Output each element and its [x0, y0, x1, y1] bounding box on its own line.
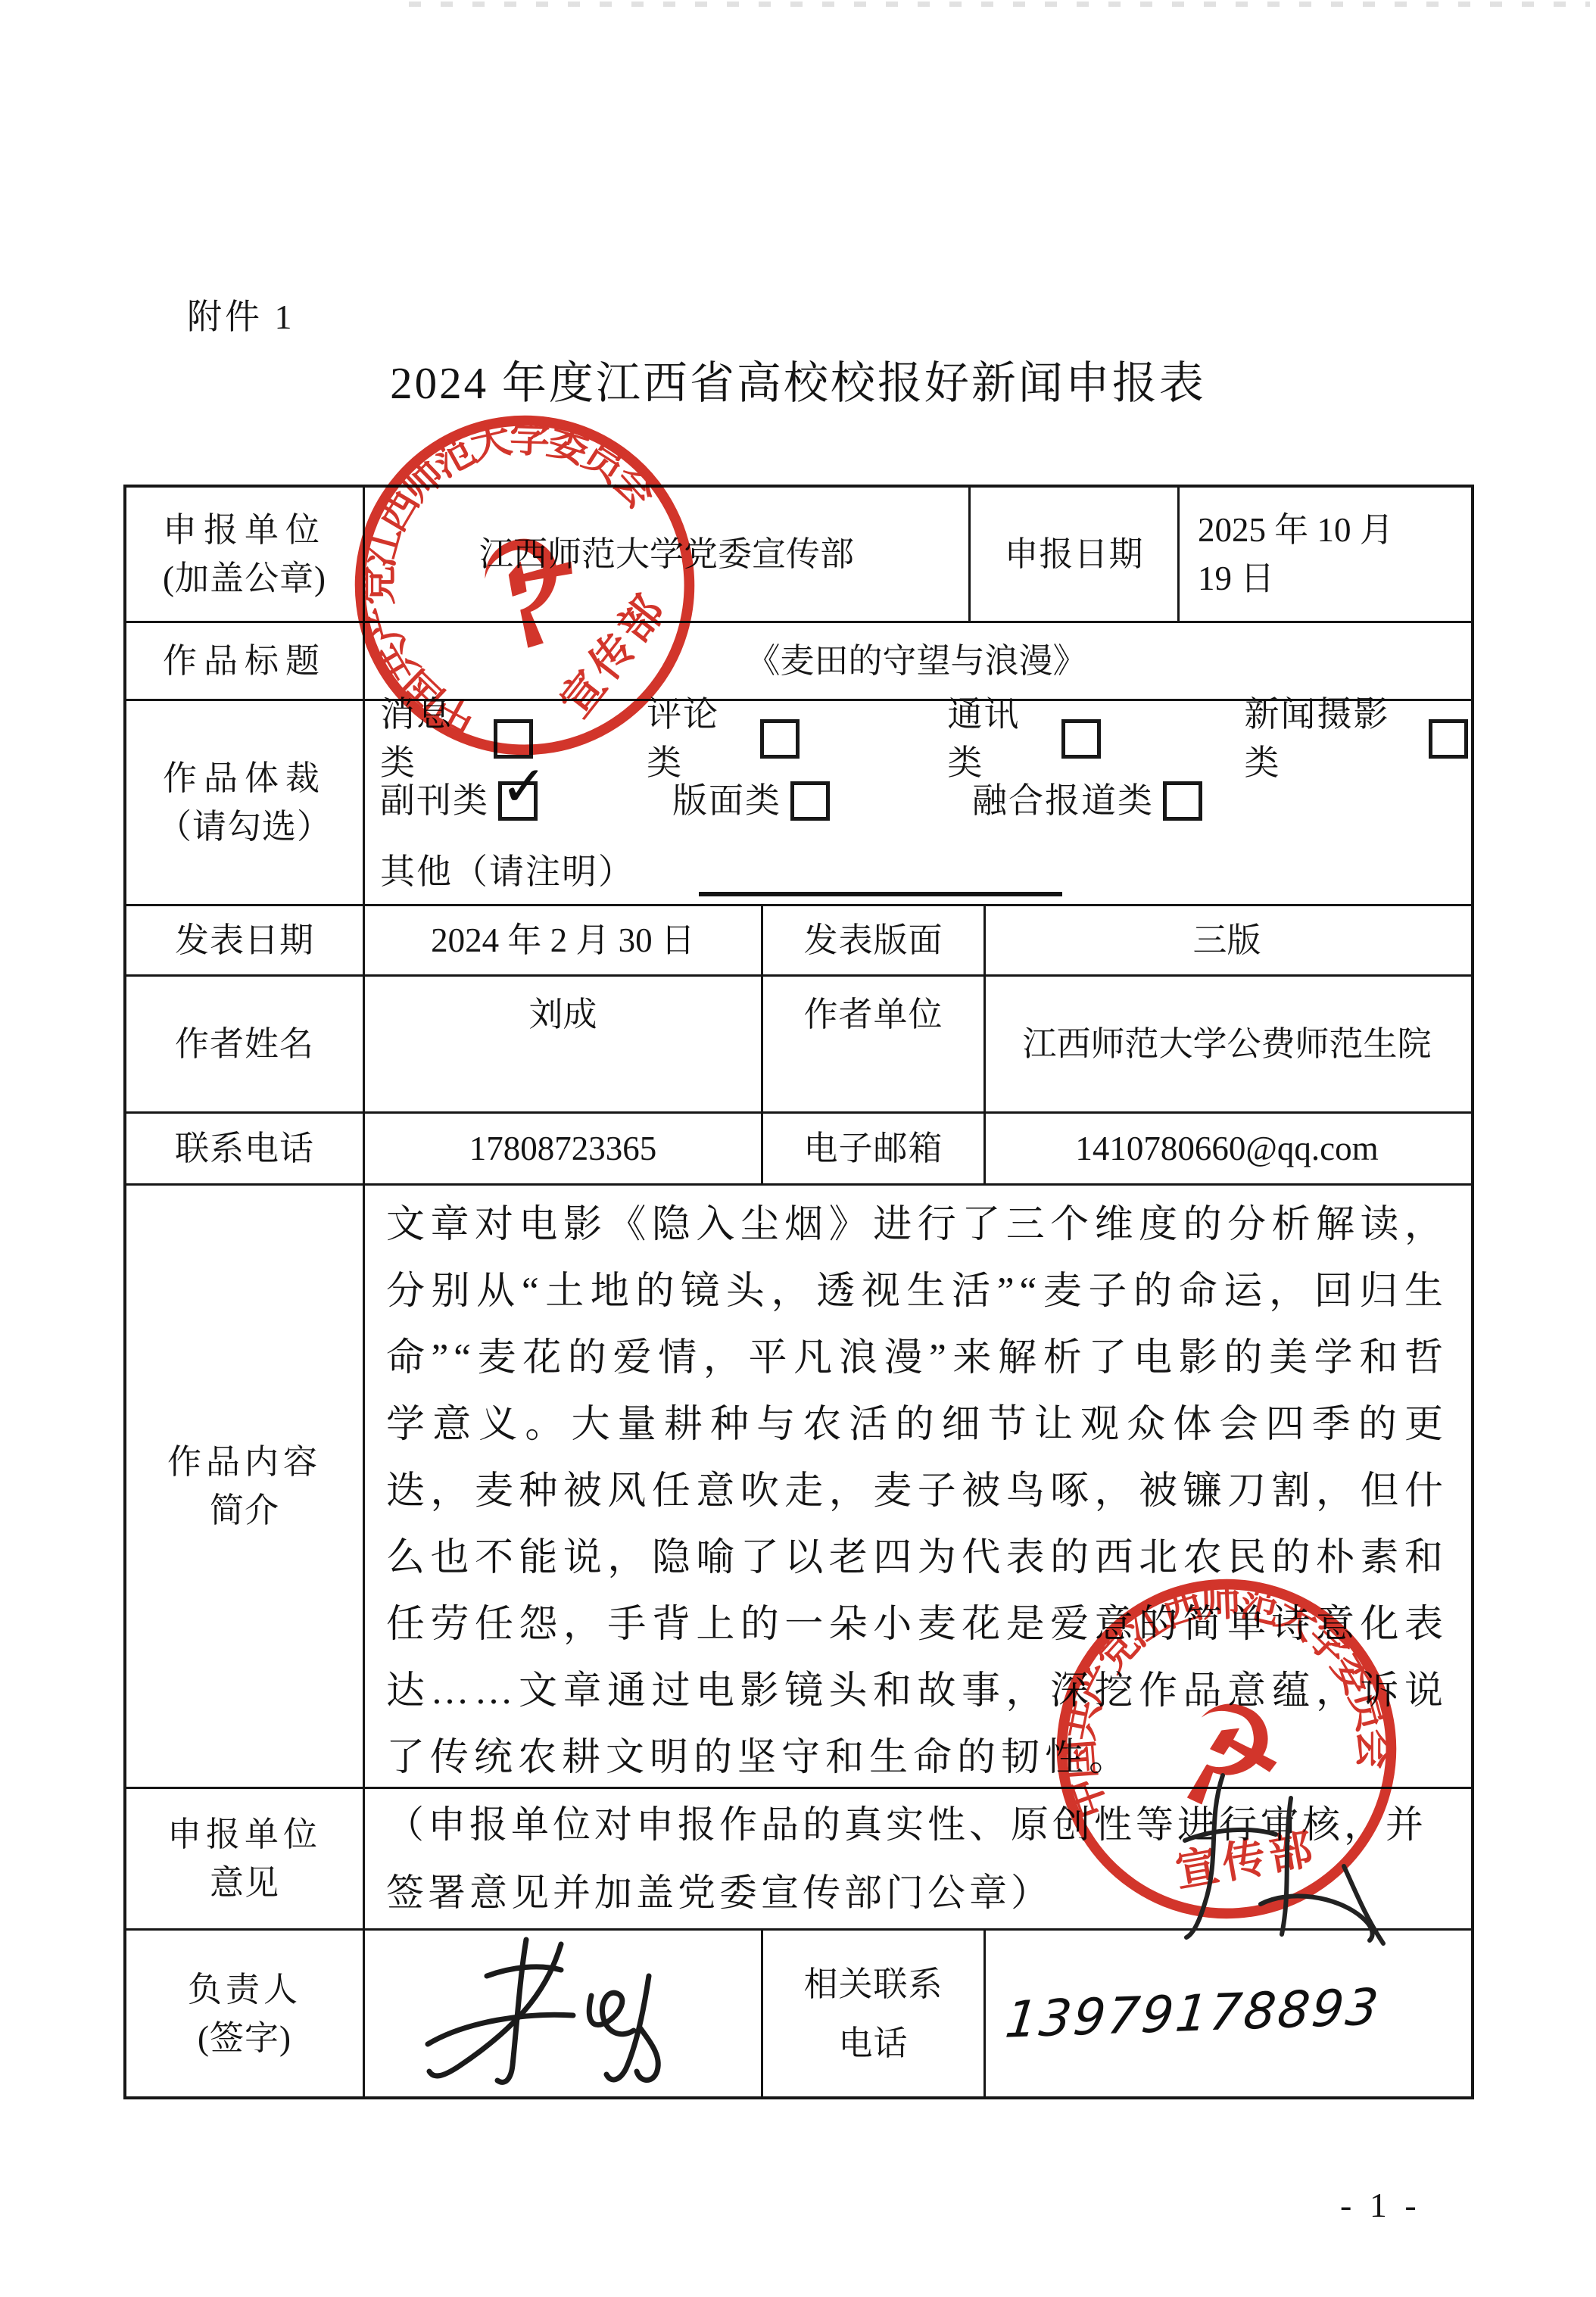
publish-page-value: 三版 — [1192, 916, 1261, 965]
contact-label-line2: 电话 — [838, 2014, 908, 2073]
row-work-title: 作品标题 《麦田的守望与浪漫》 — [126, 621, 1471, 699]
contact-label-cell: 相关联系 电话 — [761, 1931, 983, 2096]
summary-label-line1: 作品内容 — [167, 1438, 322, 1486]
apply-date-value-cell: 2025 年 10 月 19 日 — [1177, 488, 1468, 621]
publish-date-label-cell: 发表日期 — [126, 906, 363, 974]
publish-page-label: 发表版面 — [803, 916, 943, 965]
author-name-value: 刘成 — [528, 990, 597, 1039]
responsible-label-cell: 负责人 (签字) — [126, 1931, 363, 2096]
row-responsible: 负责人 (签字) 相关联系 电话 13979178893 — [126, 1928, 1471, 2096]
work-title-value-cell: 《麦田的守望与浪漫》 — [363, 623, 1468, 699]
author-unit-label: 作者单位 — [803, 990, 943, 1039]
work-title-label: 作品标题 — [163, 637, 326, 685]
row-summary: 作品内容 简介 文章对电影《隐入尘烟》进行了三个维度的分析解读，分别从“土地的镜… — [126, 1183, 1471, 1787]
publish-date-value: 2024 年 2 月 30 日 — [431, 916, 695, 965]
apply-date-label-cell: 申报日期 — [968, 488, 1177, 621]
unit-opinion-label-cell: 申报单位 意见 — [126, 1789, 363, 1928]
responsible-label-line2: (签字) — [198, 2014, 291, 2062]
author-name-label-cell: 作者姓名 — [126, 977, 363, 1111]
row-author: 作者姓名 刘成 作者单位 江西师范大学公费师范生院 — [126, 974, 1471, 1111]
checkbox-photography — [1429, 719, 1468, 759]
summary-label-cell: 作品内容 简介 — [126, 1186, 363, 1787]
page-title: 2024 年度江西省高校校报好新闻申报表 — [0, 347, 1596, 411]
apply-date-value-line2: 19 日 — [1198, 554, 1274, 603]
publish-date-value-cell: 2024 年 2 月 30 日 — [363, 906, 761, 974]
attachment-label: 附件 1 — [187, 289, 295, 339]
email-label: 电子邮箱 — [803, 1124, 943, 1173]
phone-label: 联系电话 — [175, 1124, 314, 1173]
applicant-value-cell: 江西师范大学党委宣传部 — [363, 488, 968, 621]
row-publish: 发表日期 2024 年 2 月 30 日 发表版面 三版 — [126, 904, 1471, 974]
publish-page-value-cell: 三版 — [983, 906, 1468, 974]
unit-opinion-note: （申报单位对申报作品的真实性、原创性等进行审核，并签署意见并加盖党委宣传部门公章… — [386, 1791, 1448, 1927]
publish-page-label-cell: 发表版面 — [761, 906, 983, 974]
apply-date-label: 申报日期 — [1004, 530, 1143, 578]
contact-value-cell: 13979178893 — [983, 1931, 1468, 2096]
genre-other-line: 其他（请注明） — [380, 833, 1468, 896]
genre-line-2: 副刊类 ✓ 版面类 融合报道类 — [380, 770, 1468, 832]
genre-other-blank — [699, 884, 1062, 896]
checkbox-news — [494, 719, 533, 759]
genre-option-layout: 版面类 — [672, 777, 830, 825]
phone-label-cell: 联系电话 — [126, 1114, 363, 1183]
phone-value: 17808723365 — [469, 1124, 657, 1173]
genre-label-cell: 作品体裁 （请勾选） — [126, 701, 363, 904]
email-label-cell: 电子邮箱 — [761, 1114, 983, 1183]
contact-label-line1: 相关联系 — [803, 1955, 943, 2014]
apply-date-value-line1: 2025 年 10 月 — [1198, 506, 1394, 554]
phone-value-cell: 17808723365 — [363, 1114, 761, 1183]
email-value-cell: 1410780660@qq.com — [983, 1114, 1468, 1183]
checkbox-commentary — [760, 719, 800, 759]
application-form-table: 申报单位 (加盖公章) 江西师范大学党委宣传部 申报日期 2025 年 10 月… — [123, 485, 1474, 2099]
applicant-label-cell: 申报单位 (加盖公章) — [126, 488, 363, 621]
page-number: - 1 - — [1340, 2185, 1421, 2225]
checkbox-communication — [1061, 719, 1101, 759]
genre-option-supplement: 副刊类 ✓ — [380, 777, 538, 825]
unit-opinion-label-line2: 意见 — [210, 1859, 279, 1907]
checkbox-supplement-checked: ✓ — [498, 781, 538, 821]
author-name-label: 作者姓名 — [175, 1020, 314, 1068]
row-unit-opinion: 申报单位 意见 （申报单位对申报作品的真实性、原创性等进行审核，并签署意见并加盖… — [126, 1787, 1471, 1928]
applicant-value: 江西师范大学党委宣传部 — [479, 530, 854, 578]
scan-artifact-line — [409, 2, 1590, 7]
applicant-label: 申报单位 — [163, 506, 326, 554]
summary-label-line2: 简介 — [210, 1486, 279, 1535]
handwritten-contact-phone: 13979178893 — [1003, 1983, 1382, 2045]
summary-paragraph: 文章对电影《隐入尘烟》进行了三个维度的分析解读，分别从“土地的镜头，透视生活”“… — [386, 1192, 1448, 1791]
work-title-label-cell: 作品标题 — [126, 623, 363, 699]
genre-label-sub: （请勾选） — [157, 803, 332, 851]
genre-label: 作品体裁 — [163, 754, 326, 803]
genre-other-label: 其他（请注明） — [380, 848, 634, 896]
author-name-value-cell: 刘成 — [363, 977, 761, 1111]
checkbox-converged — [1163, 781, 1202, 821]
scanned-form-page: { "page": { "attachment": "附件 1", "title… — [0, 0, 1596, 2297]
author-unit-label-cell: 作者单位 — [761, 977, 983, 1111]
applicant-label-sub: (加盖公章) — [163, 554, 326, 603]
unit-opinion-label-line1: 申报单位 — [167, 1810, 322, 1859]
summary-value-cell: 文章对电影《隐入尘烟》进行了三个维度的分析解读，分别从“土地的镜头，透视生活”“… — [363, 1186, 1468, 1787]
email-value: 1410780660@qq.com — [1075, 1124, 1378, 1173]
work-title-value: 《麦田的守望与浪漫》 — [746, 637, 1086, 685]
row-genre: 作品体裁 （请勾选） 消息类 评论类 通讯类 新闻摄影类 — [126, 699, 1471, 904]
genre-options-cell: 消息类 评论类 通讯类 新闻摄影类 副刊类 — [363, 701, 1468, 904]
author-unit-value-cell: 江西师范大学公费师范生院 — [983, 977, 1468, 1111]
responsible-signature-cell — [363, 1931, 761, 2096]
row-applicant: 申报单位 (加盖公章) 江西师范大学党委宣传部 申报日期 2025 年 10 月… — [126, 488, 1471, 621]
checkbox-layout — [790, 781, 830, 821]
genre-option-converged: 融合报道类 — [972, 777, 1202, 825]
responsible-label-line1: 负责人 — [188, 1965, 301, 2014]
check-mark: ✓ — [500, 762, 547, 811]
row-contact: 联系电话 17808723365 电子邮箱 1410780660@qq.com — [126, 1111, 1471, 1183]
unit-opinion-value-cell: （申报单位对申报作品的真实性、原创性等进行审核，并签署意见并加盖党委宣传部门公章… — [363, 1789, 1468, 1928]
publish-date-label: 发表日期 — [175, 916, 314, 965]
author-unit-value: 江西师范大学公费师范生院 — [1022, 1011, 1431, 1077]
